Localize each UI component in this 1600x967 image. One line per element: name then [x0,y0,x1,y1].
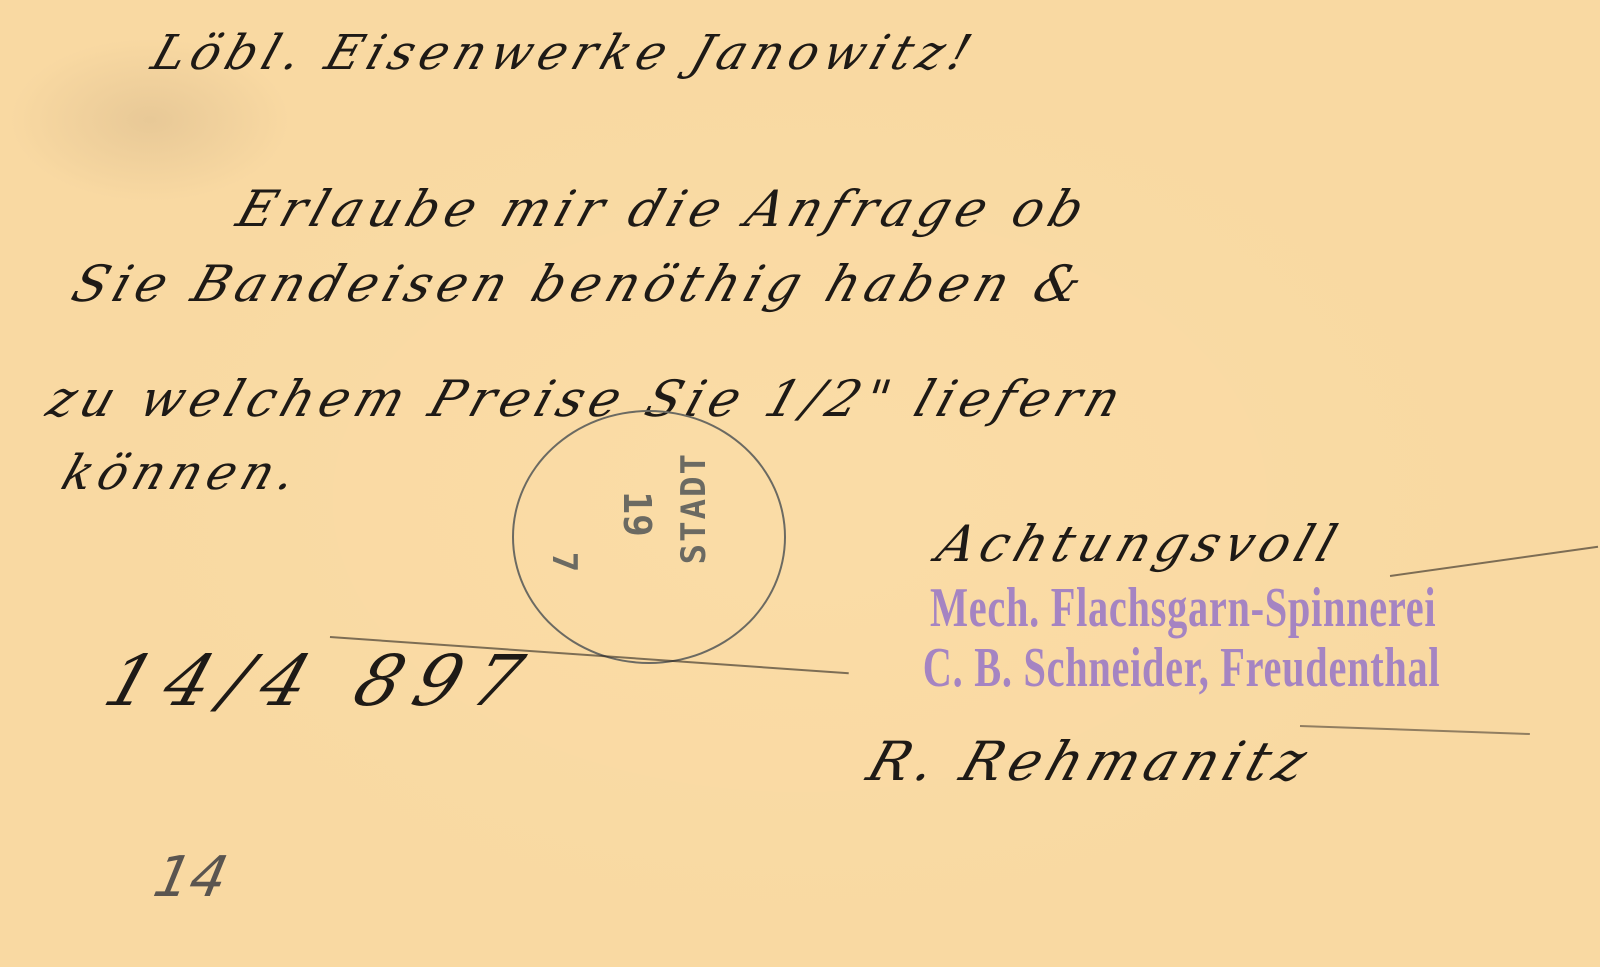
postmark-town: STADT [674,452,714,564]
date-note: 14/4 897 [95,640,547,722]
body-line-1: Erlaube mir die Anfrage ob [230,180,1098,238]
signature: R. Rehmanitz [860,730,1320,793]
pencil-note: 14 [148,845,233,910]
stamp-line-1: Mech. Flachsgarn-Spinnerei [930,578,1440,638]
company-stamp: Mech. Flachsgarn-Spinnerei C. B. Schneid… [930,578,1440,698]
body-line-4: können. [55,445,310,501]
postmark-month: 7 [544,552,584,572]
body-line-2: Sie Bandeisen benöthig haben & [65,255,1096,313]
body-line-3: zu welchem Preise Sie 1/2" liefern [40,370,1134,428]
postmark-circle: STADT 19 7 [512,410,786,664]
postmark-day: 19 [615,491,659,537]
closing: Achtungsvoll [930,515,1350,573]
stamp-line-2: C. B. Schneider, Freudenthal [923,638,1441,698]
salutation: Löbl. Eisenwerke Janowitz! [145,25,984,81]
